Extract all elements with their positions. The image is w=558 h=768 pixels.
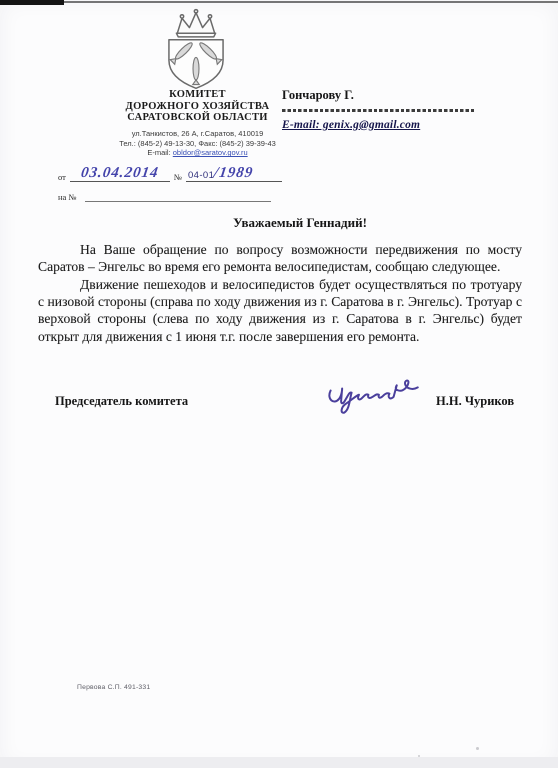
letterhead-phone-fax: Тел.: (845-2) 49-13-30, Факс: (845-2) 39… xyxy=(40,139,355,149)
letterhead-contacts: ул.Танкистов, 26 А, г.Саратов, 410019 Те… xyxy=(40,129,355,158)
scan-speck xyxy=(476,747,479,750)
recipient-block: Гончарову Г. E-mail: genix.g@gmail.com xyxy=(282,88,482,131)
recipient-name: Гончарову Г. xyxy=(282,88,482,103)
date-field: 03.04.2014 xyxy=(70,166,170,182)
body-paragraph-1: На Ваше обращение по вопросу возможности… xyxy=(38,241,522,276)
letterhead-email-link: obldor@saratov.gov.ru xyxy=(173,148,248,157)
number-sign: № xyxy=(174,172,182,182)
from-label: от xyxy=(58,172,66,182)
recipient-email: E-mail: genix.g@gmail.com xyxy=(282,119,482,131)
dashed-separator xyxy=(282,109,474,112)
reply-number-blank xyxy=(85,191,271,202)
scan-artifact-top-line xyxy=(0,1,558,3)
scan-speck xyxy=(418,755,420,757)
handwritten-date: 03.04.2014 xyxy=(80,166,160,181)
letter-body: На Ваше обращение по вопросу возможности… xyxy=(38,241,522,345)
letterhead-email-line: E-mail: obldor@saratov.gov.ru xyxy=(40,148,355,158)
reply-label: на № xyxy=(58,192,77,202)
saratov-coat-of-arms-icon xyxy=(146,8,246,92)
scanned-letter-page: КОМИТЕТ ДОРОЖНОГО ХОЗЯЙСТВА САРАТОВСКОЙ … xyxy=(0,0,558,768)
reply-to-row: на № xyxy=(58,191,318,202)
number-typed: 04-01 xyxy=(188,170,214,181)
number-field: 04-01/1989 xyxy=(186,166,282,182)
reference-block: от 03.04.2014 № 04-01/1989 на № xyxy=(58,166,318,202)
signer-name: Н.Н. Чуриков xyxy=(436,394,514,409)
executor-line: Первова С.П. 491-331 xyxy=(77,684,150,691)
signer-title: Председатель комитета xyxy=(55,394,188,409)
scan-artifact-bottom-strip xyxy=(0,757,558,768)
handwritten-number: /1989 xyxy=(213,166,254,181)
letterhead-email-label: E-mail: xyxy=(147,148,172,157)
date-number-row: от 03.04.2014 № 04-01/1989 xyxy=(58,166,318,182)
handwritten-signature-icon xyxy=(322,379,440,421)
scan-artifact-top-left-bar xyxy=(0,0,64,5)
body-paragraph-2: Движение пешеходов и велосипедистов буде… xyxy=(38,276,522,345)
salutation: Уважаемый Геннадий! xyxy=(60,215,540,231)
